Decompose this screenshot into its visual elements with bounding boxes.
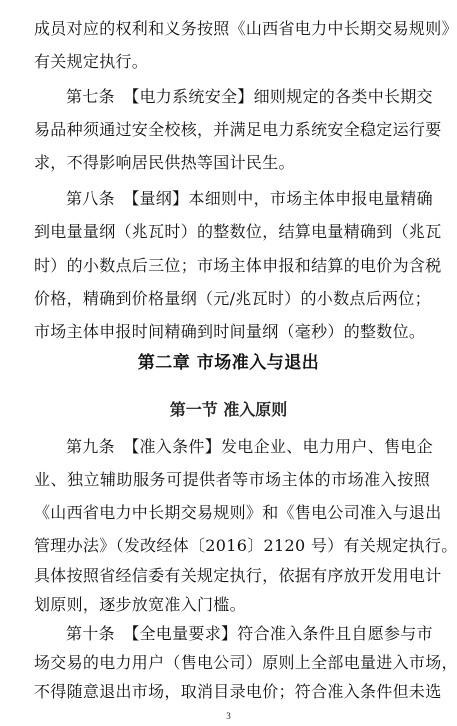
text-line: 划原则，逐步放宽准入门槛。 — [34, 595, 430, 615]
text-line: 易品种须通过安全校核，并满足电力系统安全稳定运行要 — [34, 120, 430, 140]
article-7-heading-line: 第七条 【电力系统安全】细则规定的各类中长期交 — [66, 87, 430, 107]
text-line: 时）的小数点后三位；市场主体申报和结算的电价为含税 — [34, 256, 430, 276]
text-line: 市场主体申报时间精确到时间量纲（毫秒）的整数位。 — [34, 322, 430, 342]
text-line: 到电量量纲（兆瓦时）的整数位，结算电量精确到（兆瓦 — [34, 222, 430, 242]
text-line: 成员对应的权利和义务按照《山西省电力中长期交易规则》 — [34, 19, 430, 39]
article-9-heading-line: 第九条 【准入条件】发电企业、电力用户、售电企 — [66, 437, 430, 457]
text-line: 业、独立辅助服务可提供者等市场主体的市场准入按照 — [34, 470, 430, 490]
chapter-title: 第二章 市场准入与退出 — [0, 352, 457, 374]
text-line: 价格，精确到价格量纲（元/兆瓦时）的小数点后两位； — [34, 289, 430, 309]
text-line: 有关规定执行。 — [34, 52, 430, 72]
text-line: 具体按照省经信委有关规定执行，依据有序放开发用电计 — [34, 566, 430, 586]
article-10-heading-line: 第十条 【全电量要求】符合准入条件且自愿参与市 — [66, 624, 430, 644]
text-line: 场交易的电力用户（售电公司）原则上全部电量进入市场， — [34, 653, 430, 673]
text-line: 管理办法》（发改经体〔2016〕2120 号）有关规定执行。 — [34, 536, 430, 556]
text-line: 求，不得影响居民供热等国计民生。 — [34, 153, 430, 173]
text-line: 《山西省电力中长期交易规则》和《售电公司准入与退出 — [34, 503, 430, 523]
document-page: 成员对应的权利和义务按照《山西省电力中长期交易规则》 有关规定执行。 第七条 【… — [0, 0, 457, 726]
article-8-heading-line: 第八条 【量纲】本细则中，市场主体申报电量精确 — [66, 189, 430, 209]
text-line: 不得随意退出市场，取消目录电价；符合准入条件但未选 — [34, 682, 430, 702]
page-number: 3 — [0, 711, 457, 721]
section-title: 第一节 准入原则 — [0, 399, 457, 421]
